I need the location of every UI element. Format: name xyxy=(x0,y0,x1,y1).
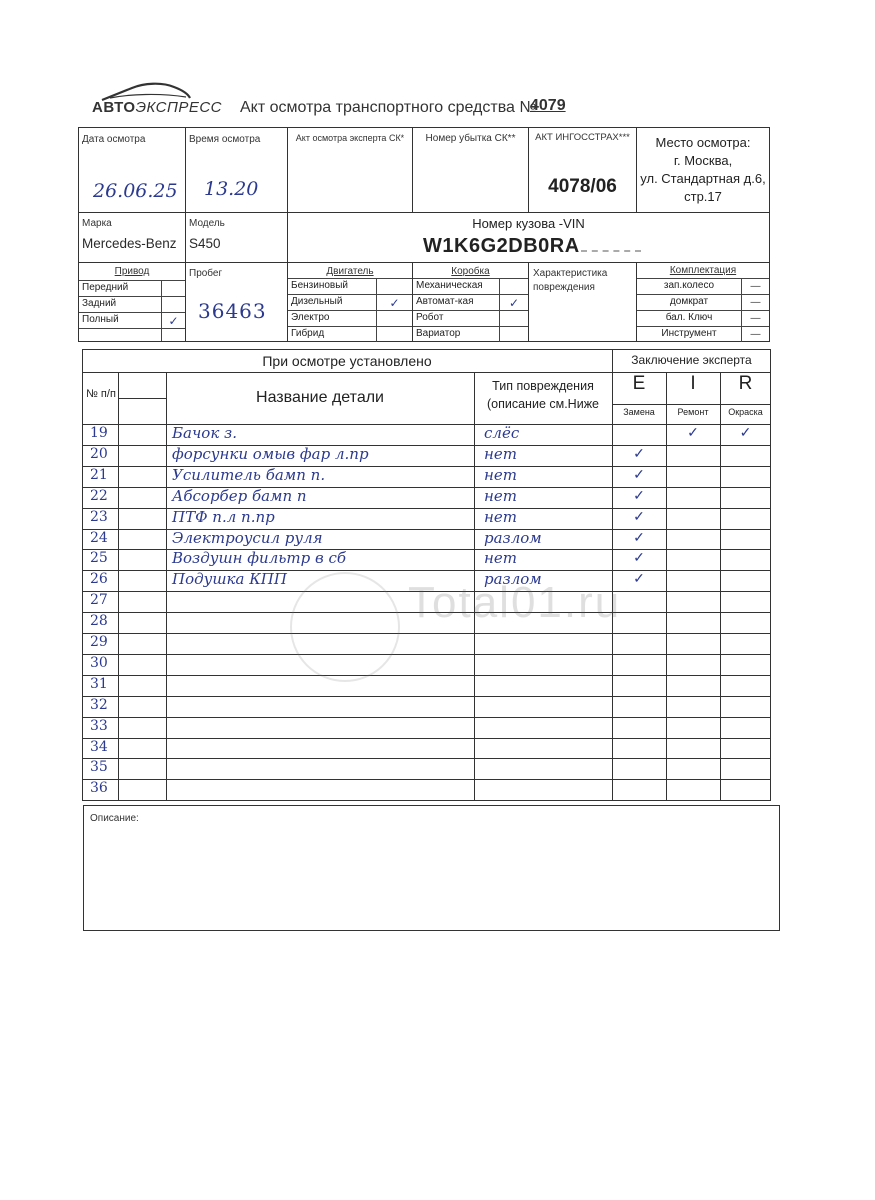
equipment-cell: Комплектация зап.колесо—домкрат—бал. Клю… xyxy=(636,262,770,342)
row-number: 36 xyxy=(90,780,108,796)
ingos-act-cell: АКТ ИНГОССТРАХ*** 4078/06 xyxy=(528,127,637,213)
ingos-act-label: АКТ ИНГОССТРАХ*** xyxy=(529,132,636,143)
row-number: 26 xyxy=(90,571,108,587)
row-number: 19 xyxy=(90,425,108,441)
option-checkbox[interactable]: ✓ xyxy=(161,313,185,328)
row-damage-type: нет xyxy=(484,487,517,505)
option-checkbox[interactable] xyxy=(376,311,412,326)
option-label: Гибрид xyxy=(291,328,324,339)
gearbox-cell: Коробка МеханическаяАвтомат-кая✓РоботВар… xyxy=(412,262,529,342)
equipment-mark[interactable]: — xyxy=(741,311,769,326)
option-label: Автомат-кая xyxy=(416,296,474,307)
row-check-repair: ✓ xyxy=(666,425,720,441)
row-damage-type: нет xyxy=(484,466,517,484)
option-checkbox[interactable] xyxy=(161,297,185,312)
table-row[interactable]: 20форсунки омыв фар л.прнет✓ xyxy=(82,445,771,466)
row-part-name: Усилитель бамп п. xyxy=(172,466,325,484)
damage-characteristic-label: Характеристика повреждения xyxy=(533,267,633,295)
row-damage-type: нет xyxy=(484,508,517,526)
row-number: 29 xyxy=(90,634,108,650)
loss-number-cell: Номер убытка СК** xyxy=(412,127,529,213)
row-part-name: Воздушн фильтр в сб xyxy=(172,549,346,567)
row-number: 21 xyxy=(90,467,108,483)
expert-act-label: Акт осмотра эксперта СК* xyxy=(288,133,412,143)
option-row: Полный✓ xyxy=(79,312,185,328)
time-cell: Время осмотра 13.20 xyxy=(185,127,288,213)
vin-cell: Номер кузова -VIN W1K6G2DB0RA xyxy=(287,212,770,263)
table-row[interactable]: 19Бачок з.слёс✓✓ xyxy=(82,424,771,445)
gearbox-title: Коробка xyxy=(413,266,528,277)
col-i-header: I xyxy=(666,373,720,395)
table-row[interactable]: 24Электроусил руляразлом✓ xyxy=(82,529,771,550)
equipment-label: бал. Ключ xyxy=(637,312,741,323)
mileage-value: 36463 xyxy=(198,299,267,323)
equipment-mark[interactable]: — xyxy=(741,295,769,310)
inspection-place-line: стр.17 xyxy=(637,188,769,206)
row-part-name: Подушка КПП xyxy=(172,570,287,588)
option-row: Гибрид xyxy=(288,326,412,342)
table-row[interactable]: 23ПТФ п.л п.прнет✓ xyxy=(82,508,771,529)
table-row[interactable]: 35 xyxy=(82,758,771,779)
row-part-name: Электроусил руля xyxy=(172,529,323,547)
inspection-place-line: ул. Стандартная д.6, xyxy=(637,170,769,188)
row-check-replace: ✓ xyxy=(612,550,666,566)
table-row[interactable]: 21Усилитель бамп п.нет✓ xyxy=(82,466,771,487)
table-row[interactable]: 26Подушка КППразлом✓ xyxy=(82,570,771,591)
expert-act-cell: Акт осмотра эксперта СК* xyxy=(287,127,413,213)
time-label: Время осмотра xyxy=(189,134,260,145)
date-value: 26.06.25 xyxy=(93,180,178,202)
col-r-subheader: Окраска xyxy=(720,407,771,417)
option-checkbox[interactable] xyxy=(376,327,412,342)
equipment-row: бал. Ключ— xyxy=(637,310,769,326)
option-row: Робот xyxy=(413,310,528,326)
row-number: 32 xyxy=(90,697,108,713)
row-damage-type: разлом xyxy=(484,529,542,547)
option-row: Автомат-кая✓ xyxy=(413,294,528,310)
row-number: 22 xyxy=(90,488,108,504)
brand-value: Mercedes-Benz xyxy=(82,236,177,251)
model-label: Модель xyxy=(189,218,225,229)
option-checkbox[interactable] xyxy=(376,279,412,294)
option-checkbox[interactable]: ✓ xyxy=(376,295,412,310)
equipment-row: зап.колесо— xyxy=(637,278,769,294)
table-row[interactable]: 29 xyxy=(82,633,771,654)
document-title: Акт осмотра транспортного средства № xyxy=(240,99,537,117)
option-row: Бензиновый xyxy=(288,278,412,294)
option-row: Дизельный✓ xyxy=(288,294,412,310)
ingos-act-value: 4078/06 xyxy=(529,176,636,198)
col-r-header: R xyxy=(720,373,771,395)
row-number: 33 xyxy=(90,718,108,734)
option-checkbox[interactable] xyxy=(161,281,185,296)
logo-bold-text: АВТО xyxy=(92,99,136,116)
equipment-label: зап.колесо xyxy=(637,280,741,291)
brand-cell: Марка Mercedes-Benz xyxy=(78,212,186,263)
col-name-header: Название детали xyxy=(166,389,474,407)
company-logo: АВТОЭКСПРЕСС xyxy=(88,80,198,122)
table-row[interactable]: 30 xyxy=(82,654,771,675)
row-number: 24 xyxy=(90,530,108,546)
row-part-name: форсунки омыв фар л.пр xyxy=(172,445,369,463)
col-i-subheader: Ремонт xyxy=(666,407,720,417)
mileage-cell: Пробег 36463 xyxy=(185,262,288,342)
row-number: 27 xyxy=(90,592,108,608)
document-number: 4079 xyxy=(530,97,566,115)
option-checkbox[interactable] xyxy=(499,327,528,342)
findings-section-title: При осмотре установлено xyxy=(82,353,612,369)
row-part-name: Бачок з. xyxy=(172,424,237,442)
inspection-place-cell: Место осмотра:г. Москва,ул. Стандартная … xyxy=(636,127,770,213)
option-label: Вариатор xyxy=(416,328,460,339)
expert-conclusion-title: Заключение эксперта xyxy=(612,353,771,367)
brand-label: Марка xyxy=(82,218,112,229)
equipment-title: Комплектация xyxy=(637,265,769,276)
vin-value: W1K6G2DB0RA xyxy=(423,235,641,258)
inspection-place: Место осмотра:г. Москва,ул. Стандартная … xyxy=(637,134,769,206)
logo-thin-text: ЭКСПРЕСС xyxy=(136,99,222,116)
option-row: Передний xyxy=(79,280,185,296)
row-check-replace: ✓ xyxy=(612,509,666,525)
option-checkbox xyxy=(161,329,185,341)
equipment-row: домкрат— xyxy=(637,294,769,310)
option-row: Вариатор xyxy=(413,326,528,342)
option-label: Задний xyxy=(82,298,116,309)
option-row: Задний xyxy=(79,296,185,312)
equipment-label: домкрат xyxy=(637,296,741,307)
row-damage-type: слёс xyxy=(484,424,519,442)
equipment-mark[interactable]: — xyxy=(741,279,769,294)
row-number: 30 xyxy=(90,655,108,671)
row-number: 25 xyxy=(90,550,108,566)
row-number: 23 xyxy=(90,509,108,525)
engine-title: Двигатель xyxy=(288,266,412,277)
option-label: Электро xyxy=(291,312,329,323)
damage-characteristic-cell: Характеристика повреждения xyxy=(528,262,637,342)
col-damage-header-2: (описание см.Ниже xyxy=(474,397,612,411)
option-row: Электро xyxy=(288,310,412,326)
row-damage-type: нет xyxy=(484,549,517,567)
row-check-replace: ✓ xyxy=(612,530,666,546)
row-number: 34 xyxy=(90,739,108,755)
option-label: Робот xyxy=(416,312,443,323)
col-e-header: E xyxy=(612,373,666,395)
table-row[interactable]: 25Воздушн фильтр в сбнет✓ xyxy=(82,549,771,570)
row-damage-type: нет xyxy=(484,445,517,463)
row-number: 20 xyxy=(90,446,108,462)
description-label: Описание: xyxy=(90,813,139,824)
table-row[interactable]: 33 xyxy=(82,717,771,738)
inspection-place-line: Место осмотра: xyxy=(637,134,769,152)
table-rule xyxy=(612,404,771,405)
option-label: Дизельный xyxy=(291,296,342,307)
col-num-header: № п/п xyxy=(86,384,116,404)
option-label: Передний xyxy=(82,282,128,293)
col-damage-header-1: Тип повреждения xyxy=(474,379,612,393)
row-number: 35 xyxy=(90,759,108,775)
date-cell: Дата осмотра 26.06.25 xyxy=(78,127,186,213)
description-box: Описание: xyxy=(83,805,780,931)
option-checkbox[interactable] xyxy=(499,311,528,326)
model-value: S450 xyxy=(189,236,221,251)
inspection-place-line: г. Москва, xyxy=(637,152,769,170)
time-value: 13.20 xyxy=(204,178,258,200)
table-row[interactable]: 28 xyxy=(82,612,771,633)
row-check-replace: ✓ xyxy=(612,446,666,462)
option-row: Механическая xyxy=(413,278,528,294)
date-label: Дата осмотра xyxy=(82,134,145,145)
option-label: Механическая xyxy=(416,280,483,291)
option-label: Бензиновый xyxy=(291,280,348,291)
table-row[interactable]: 27 xyxy=(82,591,771,612)
col-e-subheader: Замена xyxy=(612,407,666,417)
row-check-replace: ✓ xyxy=(612,467,666,483)
table-row[interactable]: 32 xyxy=(82,696,771,717)
row-check-paint: ✓ xyxy=(720,425,771,441)
option-row-empty xyxy=(79,328,185,341)
table-row[interactable]: 31 xyxy=(82,675,771,696)
mileage-label: Пробег xyxy=(189,268,222,279)
option-checkbox[interactable] xyxy=(499,279,528,294)
vin-label: Номер кузова -VIN xyxy=(288,216,769,231)
row-part-name: Абсорбер бамп п xyxy=(172,487,307,505)
table-row[interactable]: 36 xyxy=(82,779,771,800)
table-row[interactable]: 34 xyxy=(82,738,771,759)
drive-title: Привод xyxy=(79,266,185,277)
row-number: 28 xyxy=(90,613,108,629)
table-rule xyxy=(118,398,166,399)
drive-cell: Привод ПереднийЗаднийПолный✓ xyxy=(78,262,186,342)
row-check-replace: ✓ xyxy=(612,571,666,587)
engine-cell: Двигатель БензиновыйДизельный✓ЭлектроГиб… xyxy=(287,262,413,342)
equipment-mark[interactable]: — xyxy=(741,327,769,342)
option-checkbox[interactable]: ✓ xyxy=(499,295,528,310)
loss-number-label: Номер убытка СК** xyxy=(413,133,528,144)
equipment-label: Инструмент xyxy=(637,328,741,339)
row-number: 31 xyxy=(90,676,108,692)
model-cell: Модель S450 xyxy=(185,212,288,263)
option-label: Полный xyxy=(82,314,119,325)
row-part-name: ПТФ п.л п.пр xyxy=(172,508,275,526)
table-row[interactable]: 22Абсорбер бамп пнет✓ xyxy=(82,487,771,508)
equipment-row: Инструмент— xyxy=(637,326,769,342)
row-check-replace: ✓ xyxy=(612,488,666,504)
row-damage-type: разлом xyxy=(484,570,542,588)
